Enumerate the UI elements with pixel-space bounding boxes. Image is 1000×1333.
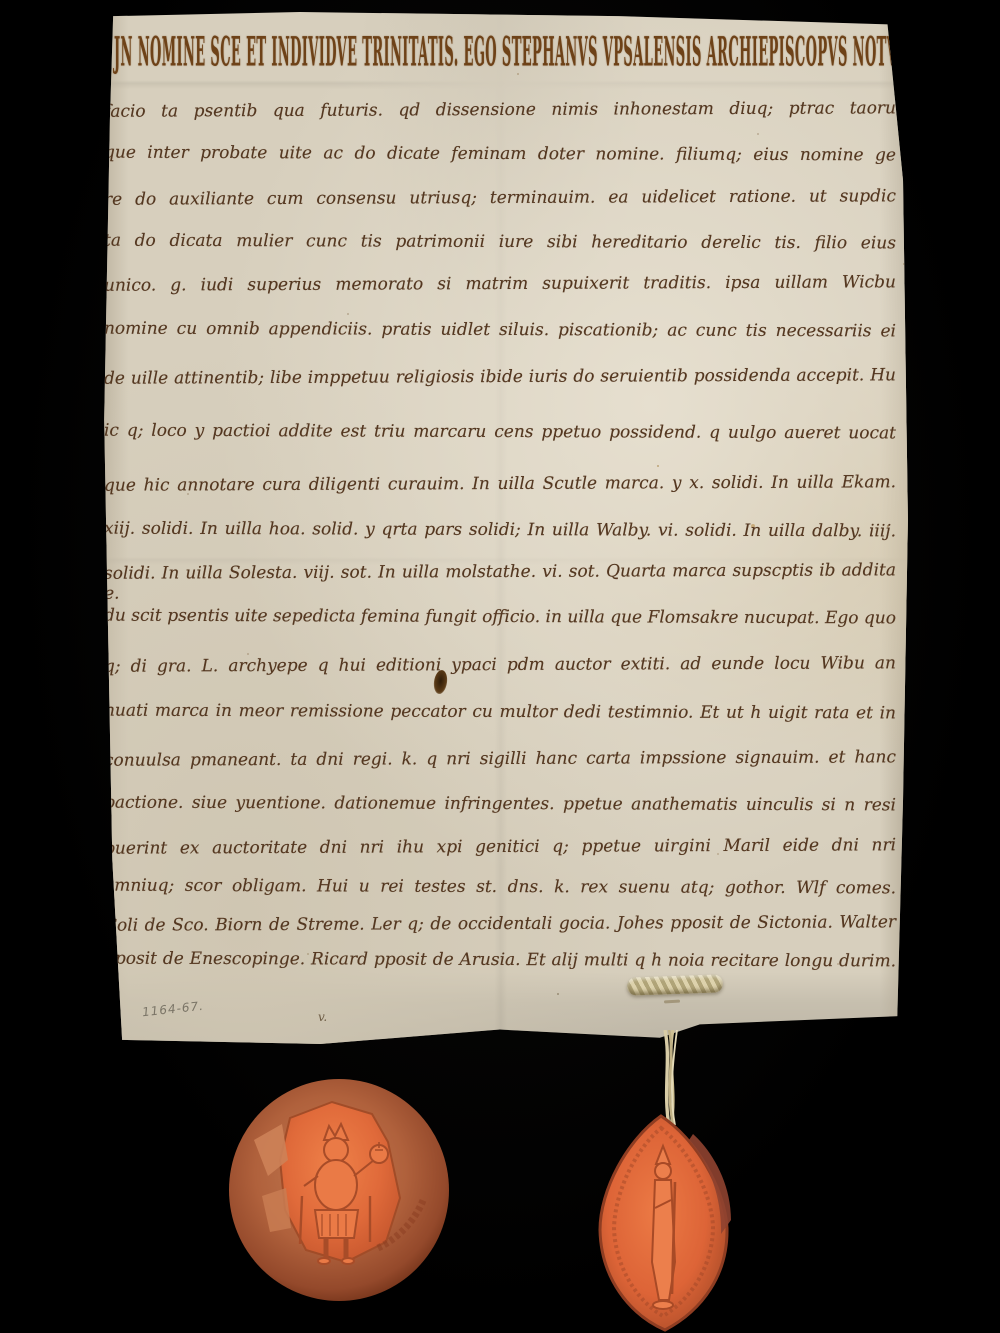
charter-line: facio ta psentib qua futuris. qd dissens…	[104, 98, 896, 121]
charter-line: xiij. solidi. In uilla hoa. solid. y qrt…	[104, 519, 896, 542]
sewn-cord-braid	[627, 974, 724, 995]
parchment-speckles	[96, 12, 100, 16]
charter-line: du scit psentis uite sepedicta femina fu…	[104, 606, 896, 629]
charter-line: nuati marca in meor remissione peccator …	[104, 701, 896, 724]
charter-line: ic q; loco y pactioi addite est triu mar…	[104, 421, 896, 444]
heading-text: JN NOMINE SCE ET INDIVIDVE TRINITATIS. E…	[114, 30, 898, 77]
black-backdrop: JN NOMINE SCE ET INDIVIDVE TRINITATIS. E…	[0, 0, 1000, 1333]
charter-line: nomine cu omnib appendiciis. pratis uidl…	[104, 319, 896, 342]
charter-line: de uille attinentib; libe imppetuu relig…	[104, 365, 896, 388]
charter-line: Coli de Sco. Biorn de Streme. Ler q; de …	[104, 912, 896, 935]
parchment-sheet: JN NOMINE SCE ET INDIVIDVE TRINITATIS. E…	[96, 12, 912, 1044]
charter-line: re do auxiliante cum consensu utriusq; t…	[104, 186, 896, 209]
charter-line: unico. g. iudi superius memorato si matr…	[104, 272, 896, 295]
charter-line: omniuq; scor obligam. Hui u rei testes s…	[104, 876, 896, 899]
oval-bishop-seal	[595, 1112, 731, 1333]
charter-line: que hic annotare cura diligenti curauim.…	[104, 472, 896, 495]
charter-line: que inter probate uite ac do dicate femi…	[104, 143, 896, 166]
charter-line: puerint ex auctoritate dni nri ihu xpi g…	[104, 835, 896, 858]
charter-heading: JN NOMINE SCE ET INDIVIDVE TRINITATIS. E…	[114, 30, 898, 77]
bishop-figure	[652, 1146, 675, 1309]
round-royal-seal	[228, 1078, 450, 1302]
cord-slit	[664, 1000, 680, 1004]
charter-line: pposit de Enescopinge. Ricard pposit de …	[104, 949, 896, 972]
registry-mark: v.	[318, 1010, 327, 1024]
charter-line: solidi. In uilla Solesta. viij. sot. In …	[104, 560, 896, 603]
charter-line: conuulsa pmaneant. ta dni regi. k. q nri…	[104, 747, 896, 770]
pencil-date-note: 1164-67.	[141, 999, 204, 1019]
charter-line: pactione. siue yuentione. dationemue inf…	[104, 793, 896, 816]
charter-line: q; di gra. L. archyepe q hui editioni yp…	[104, 653, 896, 676]
charter-line: ta do dicata mulier cunc tis patrimonii …	[104, 231, 896, 254]
